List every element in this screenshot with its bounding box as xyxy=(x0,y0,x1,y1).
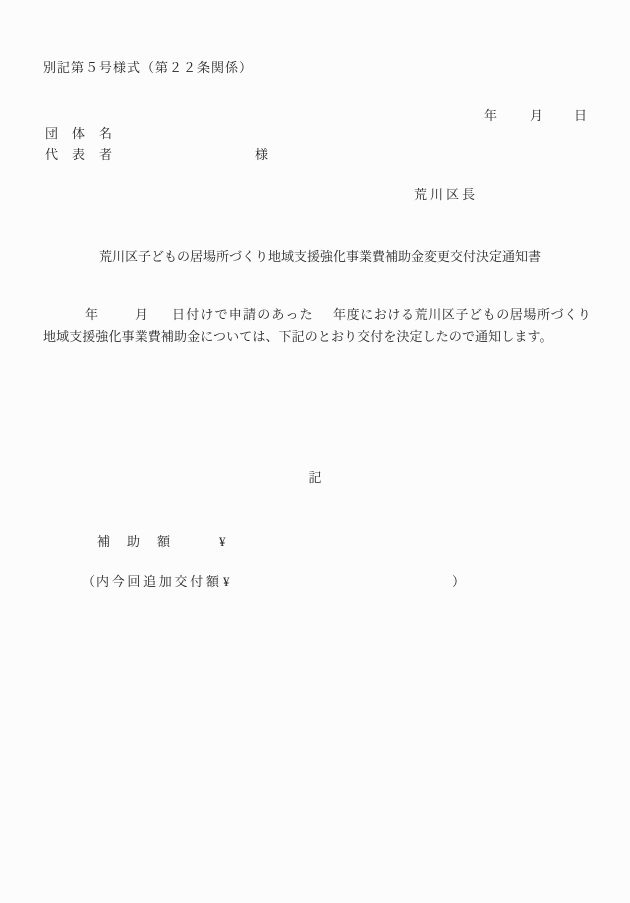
issue-date-month-label: 月 xyxy=(530,109,543,122)
body-day-phrase: 日付けで申請のあった xyxy=(172,308,314,321)
form-number: 別記第５号様式（第２２条関係） xyxy=(43,61,253,74)
additional-grant-label: 内今回追加交付額 xyxy=(96,575,222,588)
body-line2: 地域支援強化事業費補助金については、下記のとおり交付を決定したので通知します。 xyxy=(43,330,553,343)
body-year-label: 年 xyxy=(85,308,98,321)
body-line1-rest: 年度における荒川区子どもの居場所づくり xyxy=(333,308,591,321)
organization-name-label: 団 体 名 xyxy=(45,127,113,140)
representative-label: 代 表 者 xyxy=(45,148,113,161)
notice-document-page: 別記第５号様式（第２２条関係） 年 月 日 団 体 名 代 表 者 様 荒川区長… xyxy=(0,0,630,903)
mayor-signature: 荒川区長 xyxy=(414,188,478,201)
subsidy-currency-symbol: ¥ xyxy=(219,535,226,548)
additional-grant-close-paren: ） xyxy=(452,575,465,588)
record-marker: 記 xyxy=(0,471,630,484)
subsidy-amount-label: 補 助 額 xyxy=(97,535,172,548)
additional-grant-currency-symbol: ¥ xyxy=(223,575,230,588)
document-title: 荒川区子どもの居場所づくり地域支援強化事業費補助金変更交付決定通知書 xyxy=(0,250,630,263)
issue-date-day-label: 日 xyxy=(574,109,587,122)
additional-grant-open-paren: （ xyxy=(82,575,95,588)
body-month-label: 月 xyxy=(135,308,148,321)
honorific-label: 様 xyxy=(255,148,268,161)
issue-date-year-label: 年 xyxy=(484,109,497,122)
